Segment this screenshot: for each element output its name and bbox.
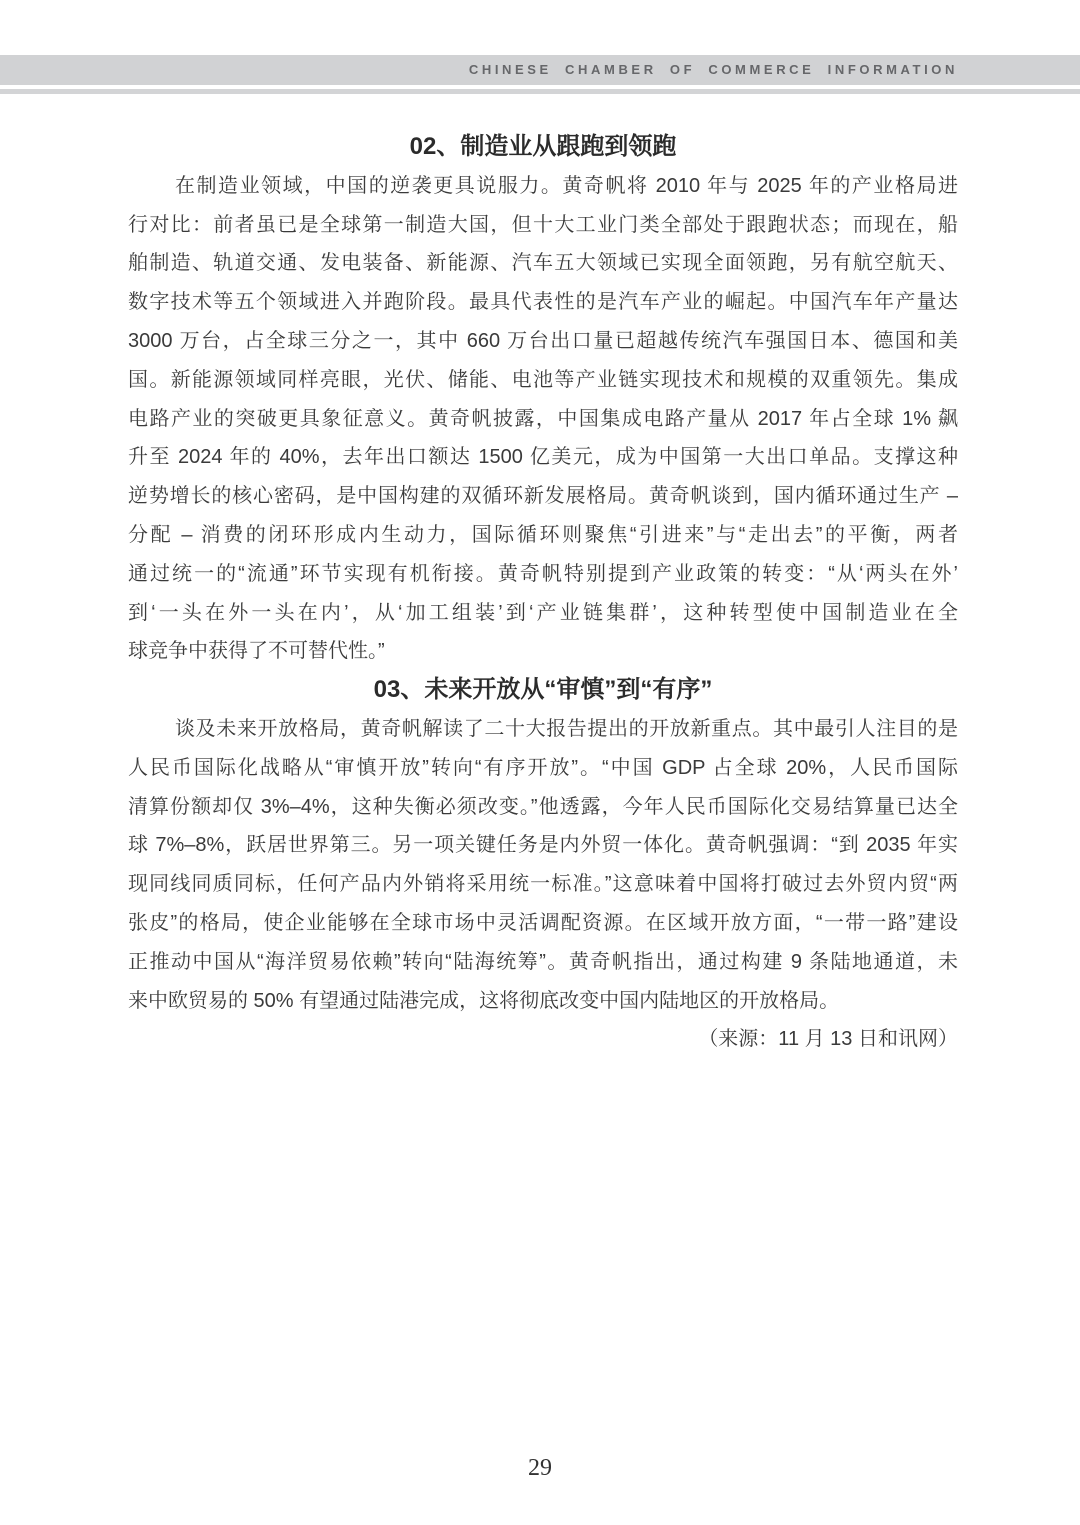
paragraph-line: 现同线同质同标，任何产品内外销将采用统一标准。”这意味着中国将打破过去外贸内贸“… [128, 865, 958, 904]
paragraph-line: 球竞争中获得了不可替代性。” [128, 632, 958, 671]
paragraph-line: 升至 2024 年的 40%，去年出口额达 1500 亿美元，成为中国第一大出口… [128, 438, 958, 477]
paragraph-line: 到‘一头在外一头在内’，从‘加工组装’到‘产业链集群’，这种转型使中国制造业在全 [128, 594, 958, 633]
paragraph-line: 舶制造、轨道交通、发电装备、新能源、汽车五大领域已实现全面领跑，另有航空航天、 [128, 244, 958, 283]
section-02-title: 02、制造业从跟跑到领跑 [128, 128, 958, 167]
paragraph-line: 张皮”的格局，使企业能够在全球市场中灵活调配资源。在区域开放方面，“一带一路”建… [128, 904, 958, 943]
paragraph-line: 通过统一的“流通”环节实现有机衔接。黄奇帆特别提到产业政策的转变：“从‘两头在外… [128, 555, 958, 594]
paragraph-line: 来中欧贸易的 50% 有望通过陆港完成，这将彻底改变中国内陆地区的开放格局。 [128, 982, 958, 1021]
page-number: 29 [0, 1455, 1080, 1482]
paragraph-line: 分配 – 消费的闭环形成内生动力，国际循环则聚焦“引进来”与“走出去”的平衡，两… [128, 516, 958, 555]
section-03-paragraph: 谈及未来开放格局，黄奇帆解读了二十大报告提出的开放新重点。其中最引人注目的是人民… [128, 710, 958, 1020]
paragraph-line: 国。新能源领域同样亮眼，光伏、储能、电池等产业链实现技术和规模的双重领先。集成 [128, 361, 958, 400]
paragraph-line: 正推动中国从“海洋贸易依赖”转向“陆海统筹”。黄奇帆指出，通过构建 9 条陆地通… [128, 943, 958, 982]
header-banner-text: CHINESE CHAMBER OF COMMERCE INFORMATION [469, 55, 958, 85]
paragraph-line: 人民币国际化战略从“审慎开放”转向“有序开放”。“中国 GDP 占全球 20%，… [128, 749, 958, 788]
section-03: 03、未来开放从“审慎”到“有序” 谈及未来开放格局，黄奇帆解读了二十大报告提出… [128, 671, 958, 1020]
paragraph-line: 在制造业领域，中国的逆袭更具说服力。黄奇帆将 2010 年与 2025 年的产业… [128, 167, 958, 206]
section-03-title: 03、未来开放从“审慎”到“有序” [128, 671, 958, 710]
section-02-paragraph: 在制造业领域，中国的逆袭更具说服力。黄奇帆将 2010 年与 2025 年的产业… [128, 167, 958, 671]
paragraph-line: 行对比：前者虽已是全球第一制造大国，但十大工业门类全部处于跟跑状态；而现在，船 [128, 206, 958, 245]
paragraph-line: 谈及未来开放格局，黄奇帆解读了二十大报告提出的开放新重点。其中最引人注目的是 [128, 710, 958, 749]
source-line: （来源：11 月 13 日和讯网） [128, 1020, 958, 1059]
paragraph-line: 数字技术等五个领域进入并跑阶段。最具代表性的是汽车产业的崛起。中国汽车年产量达 [128, 283, 958, 322]
document-content: 02、制造业从跟跑到领跑 在制造业领域，中国的逆袭更具说服力。黄奇帆将 2010… [128, 128, 958, 1059]
section-02: 02、制造业从跟跑到领跑 在制造业领域，中国的逆袭更具说服力。黄奇帆将 2010… [128, 128, 958, 671]
paragraph-line: 3000 万台，占全球三分之一，其中 660 万台出口量已超越传统汽车强国日本、… [128, 322, 958, 361]
header-band: CHINESE CHAMBER OF COMMERCE INFORMATION [0, 55, 1080, 85]
paragraph-line: 电路产业的突破更具象征意义。黄奇帆披露，中国集成电路产量从 2017 年占全球 … [128, 400, 958, 439]
header-divider-rule [0, 89, 1080, 94]
paragraph-line: 清算份额却仅 3%–4%，这种失衡必须改变。”他透露，今年人民币国际化交易结算量… [128, 788, 958, 827]
paragraph-line: 球 7%–8%，跃居世界第三。另一项关键任务是内外贸一体化。黄奇帆强调：“到 2… [128, 826, 958, 865]
document-page: CHINESE CHAMBER OF COMMERCE INFORMATION … [0, 0, 1080, 1525]
paragraph-line: 逆势增长的核心密码，是中国构建的双循环新发展格局。黄奇帆谈到，国内循环通过生产 … [128, 477, 958, 516]
